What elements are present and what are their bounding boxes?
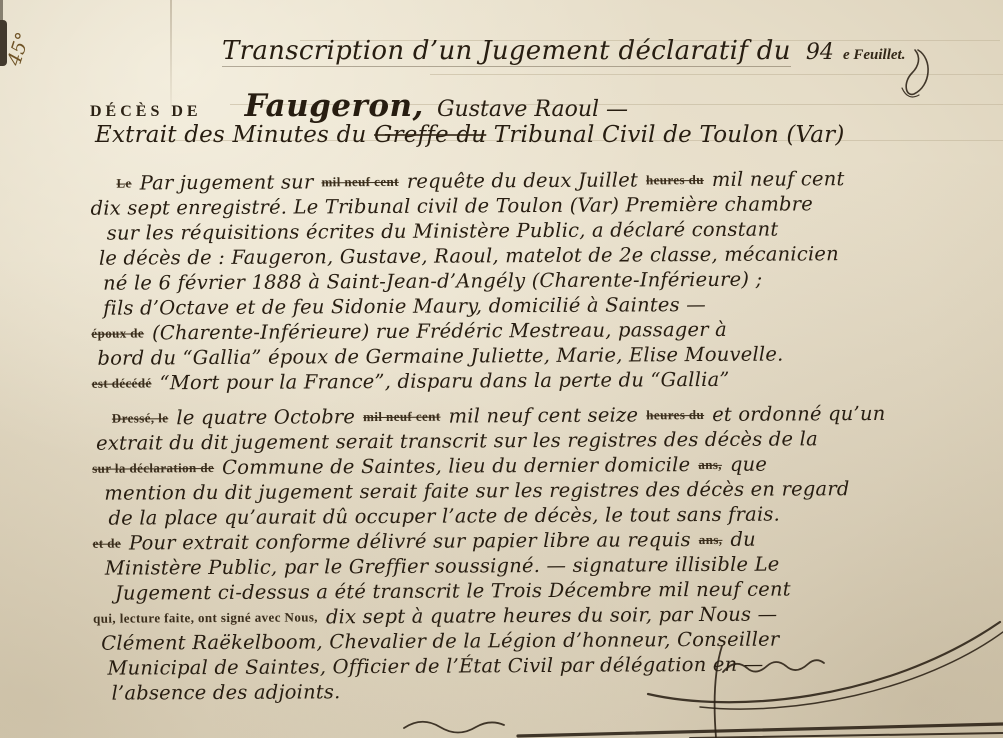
handwritten-text: Pour extrait conforme délivré sur papier… xyxy=(129,528,691,554)
document-scan: 45° Transcription d’un Jugement déclarat… xyxy=(0,0,1003,738)
handwritten-text: sur les réquisitions écrites du Ministèr… xyxy=(107,218,779,245)
printed-struck-text: mil neuf cent xyxy=(363,409,441,424)
subtitle-post: Tribunal Civil de Toulon (Var) xyxy=(486,122,844,148)
handwritten-text: né le 6 février 1888 à Saint-Jean-d’Angé… xyxy=(103,268,762,295)
subtitle-pre: Extrait des Minutes du xyxy=(95,122,374,148)
deces-line: DÉCÈS DE Faugeron, Gustave Raoul — xyxy=(90,88,628,124)
printed-struck-text: ans, xyxy=(698,457,722,472)
printed-struck-text: heures du xyxy=(646,172,704,187)
text-line: est décédé“Mort pour la France”, disparu… xyxy=(92,365,994,396)
text-line: l’absence des adjoints. xyxy=(111,675,995,705)
bottom-edge-line xyxy=(518,724,1003,736)
handwritten-text: Jugement ci-dessus a été transcrit le Tr… xyxy=(115,577,791,604)
handwritten-text: du xyxy=(730,528,756,551)
printed-struck-text: mil neuf cent xyxy=(321,174,399,189)
body-lines: LePar jugement surmil neuf centrequête d… xyxy=(90,165,995,706)
bottom-wave-mark xyxy=(404,722,504,733)
printed-text: qui, lecture faite, ont signé avec Nous, xyxy=(93,609,318,625)
printed-struck-text: Dressé, le xyxy=(112,410,169,425)
handwritten-text: fils d’Octave et de feu Sidonie Maury, d… xyxy=(103,293,706,320)
printed-struck-text: époux de xyxy=(91,325,144,340)
printed-struck-text: heures du xyxy=(646,407,704,422)
printed-struck-text: et de xyxy=(93,536,121,551)
title-handwritten: Transcription d’un Jugement déclaratif d… xyxy=(222,36,791,67)
subtitle-line: Extrait des Minutes du Greffe du Tribuna… xyxy=(95,122,845,148)
handwritten-text: Commune de Saintes, lieu du dernier domi… xyxy=(222,453,690,479)
folio-number: 94 xyxy=(806,40,834,65)
handwritten-text: le décès de : Faugeron, Gustave, Raoul, … xyxy=(99,242,839,270)
handwritten-text: extrait du dit jugement serait transcrit… xyxy=(96,427,818,454)
scan-edge-mark xyxy=(0,0,3,20)
folio-printed-label: e Feuillet. xyxy=(843,47,906,63)
handwritten-text: Par jugement sur xyxy=(140,170,314,194)
handwritten-text: “Mort pour la France”, disparu dans la p… xyxy=(160,368,730,394)
handwritten-text: et ordonné qu’un xyxy=(712,402,885,426)
handwritten-text: mil neuf cent xyxy=(712,167,845,191)
handwritten-text: (Charente-Inférieure) rue Frédéric Mestr… xyxy=(152,318,727,345)
deceased-surname: Faugeron, xyxy=(245,88,424,124)
handwritten-text: Ministère Public, par le Greffier soussi… xyxy=(105,553,780,580)
handwritten-text: bord du “Gallia” époux de Germaine Julie… xyxy=(97,343,783,370)
handwritten-text: Clément Raëkelboom, Chevalier de la Légi… xyxy=(101,628,779,655)
deces-printed-label: DÉCÈS DE xyxy=(90,103,202,120)
form-rule-line xyxy=(430,74,1003,75)
handwritten-text: requête du deux Juillet xyxy=(407,168,638,192)
subtitle-struck: Greffe du xyxy=(374,122,486,148)
printed-struck-text: sur la déclaration de xyxy=(92,460,214,476)
handwritten-text: l’absence des adjoints. xyxy=(111,680,340,704)
printed-struck-text: est décédé xyxy=(92,375,152,390)
handwritten-text: mention du dit jugement serait faite sur… xyxy=(104,477,849,505)
printed-struck-text: Le xyxy=(116,176,131,191)
handwritten-text: Municipal de Saintes, Officier de l’État… xyxy=(107,653,763,680)
handwritten-text: que xyxy=(730,453,767,476)
title-line: Transcription d’un Jugement déclaratif d… xyxy=(222,36,905,66)
handwritten-text: mil neuf cent seize xyxy=(448,403,638,427)
text-line: Dressé, lele quatre Octobremil neuf cent… xyxy=(112,400,994,430)
handwritten-text: le quatre Octobre xyxy=(176,405,355,429)
bottom-edge-line xyxy=(690,733,1003,738)
handwritten-text: de la place qu’aurait dû occuper l’acte … xyxy=(108,503,780,530)
printed-struck-text: ans, xyxy=(699,532,723,547)
handwritten-text: dix sept à quatre heures du soir, par No… xyxy=(326,603,778,629)
margin-folio-note: 45° xyxy=(3,30,34,69)
deceased-firstnames: Gustave Raoul — xyxy=(437,97,628,122)
handwritten-text: dix sept enregistré. Le Tribunal civil d… xyxy=(91,192,814,219)
